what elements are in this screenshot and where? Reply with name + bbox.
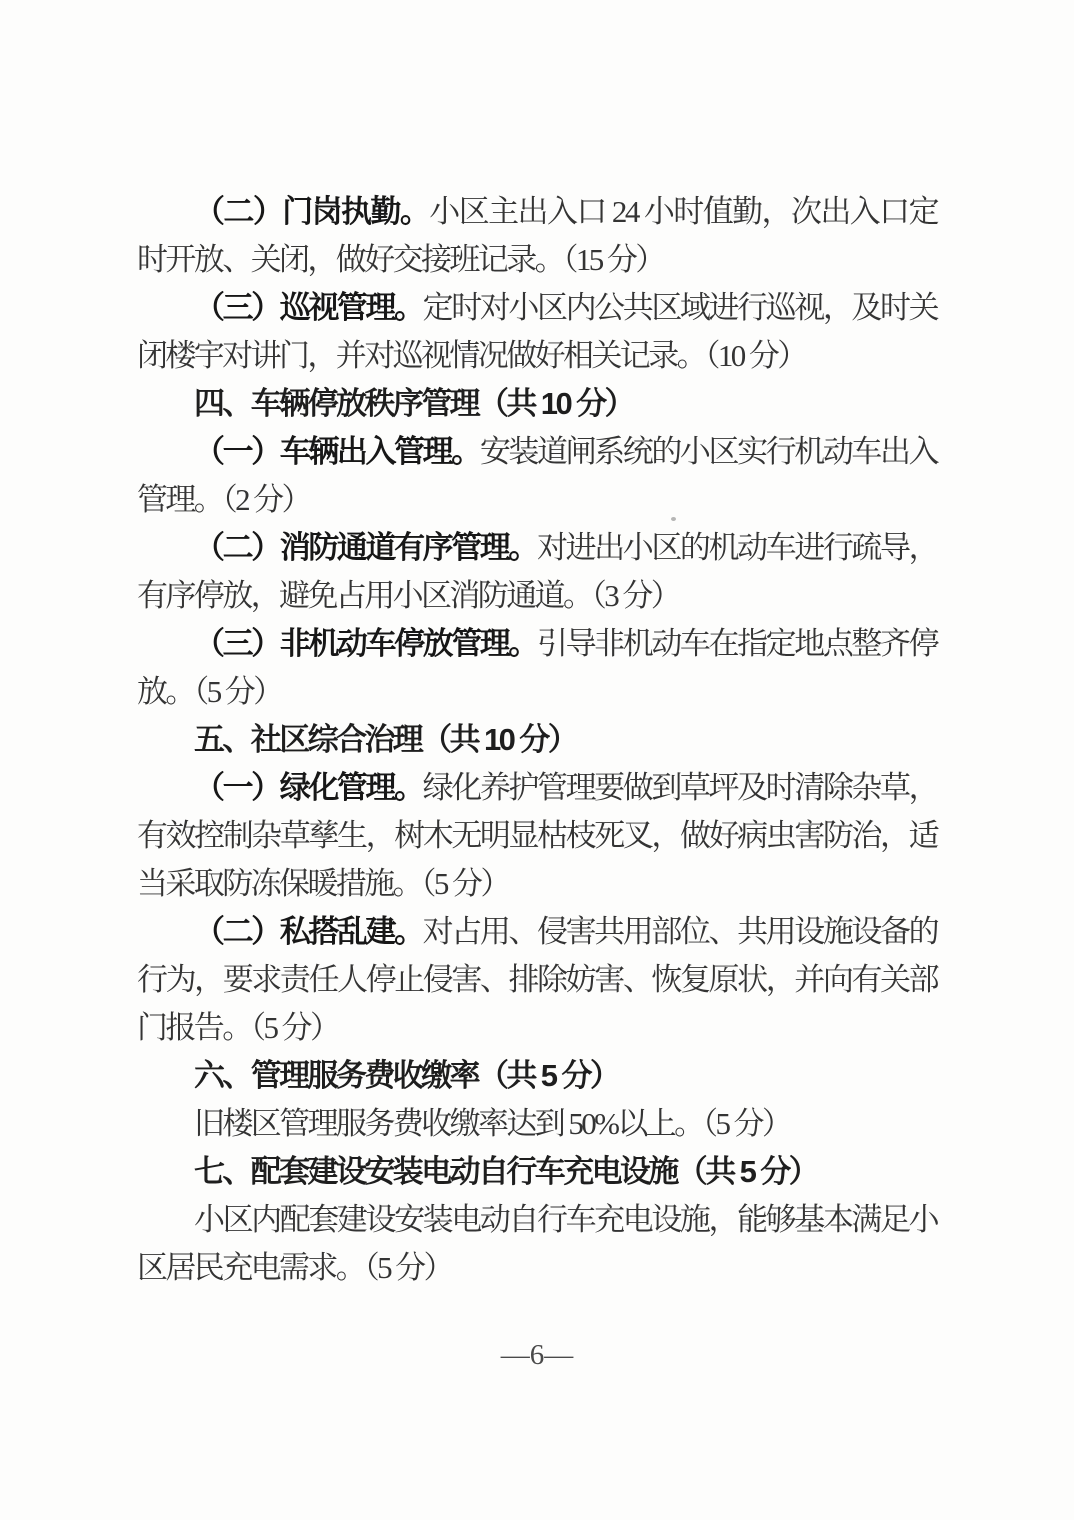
- document-page: （二）门岗执勤。小区主出入口 24 小时值勤，次出入口定时开放、关闭，做好交接班…: [0, 0, 1074, 1520]
- section-heading: 四、车辆停放秩序管理（共 10 分）: [137, 380, 937, 428]
- text-block: （二）门岗执勤。小区主出入口 24 小时值勤，次出入口定时开放、关闭，做好交接班…: [137, 188, 937, 1292]
- section-heading: 七、配套建设安装电动自行车充电设施（共 5 分）: [137, 1148, 937, 1196]
- item-label: （二）私搭乱建。: [194, 914, 423, 949]
- item-label: （三）巡视管理。: [194, 290, 423, 325]
- page-number: —6—: [0, 1335, 1074, 1375]
- item-label: （一）绿化管理。: [194, 770, 423, 805]
- section-heading-text: 四、车辆停放秩序管理（共 10 分）: [194, 386, 633, 421]
- body-paragraph: 旧楼区管理服务费收缴率达到 50%以上。（5 分）: [137, 1100, 937, 1148]
- body-text: 旧楼区管理服务费收缴率达到 50%以上。（5 分）: [194, 1106, 790, 1141]
- section-heading: 六、管理服务费收缴率（共 5 分）: [137, 1052, 937, 1100]
- section-heading: 五、社区综合治理（共 10 分）: [137, 716, 937, 764]
- scan-artifact-dot: [671, 517, 676, 521]
- item-label: （三）非机动车停放管理。: [194, 626, 537, 661]
- item-paragraph: （三）非机动车停放管理。引导非机动车在指定地点整齐停放。（5 分）: [137, 620, 937, 716]
- item-label: （二）消防通道有序管理。: [194, 530, 537, 565]
- item-paragraph: （三）巡视管理。定时对小区内公共区域进行巡视，及时关闭楼宇对讲门，并对巡视情况做…: [137, 284, 937, 380]
- item-label: （一）车辆出入管理。: [194, 434, 480, 469]
- item-paragraph: （二）私搭乱建。对占用、侵害共用部位、共用设施设备的行为，要求责任人停止侵害、排…: [137, 908, 937, 1052]
- item-label: （二）门岗执勤。: [194, 194, 429, 229]
- item-paragraph: （二）门岗执勤。小区主出入口 24 小时值勤，次出入口定时开放、关闭，做好交接班…: [137, 188, 937, 284]
- section-heading-text: 六、管理服务费收缴率（共 5 分）: [194, 1058, 618, 1093]
- item-paragraph: （一）绿化管理。绿化养护管理要做到草坪及时清除杂草，有效控制杂草孳生，树木无明显…: [137, 764, 937, 908]
- body-text: 小区内配套建设安装电动自行车充电设施，能够基本满足小区居民充电需求。（5 分）: [137, 1202, 937, 1285]
- body-paragraph: 小区内配套建设安装电动自行车充电设施，能够基本满足小区居民充电需求。（5 分）: [137, 1196, 937, 1292]
- section-heading-text: 五、社区综合治理（共 10 分）: [194, 722, 576, 757]
- item-paragraph: （一）车辆出入管理。安装道闸系统的小区实行机动车出入管理。（2 分）: [137, 428, 937, 524]
- section-heading-text: 七、配套建设安装电动自行车充电设施（共 5 分）: [194, 1154, 817, 1189]
- item-paragraph: （二）消防通道有序管理。对进出小区的机动车进行疏导，有序停放，避免占用小区消防通…: [137, 524, 937, 620]
